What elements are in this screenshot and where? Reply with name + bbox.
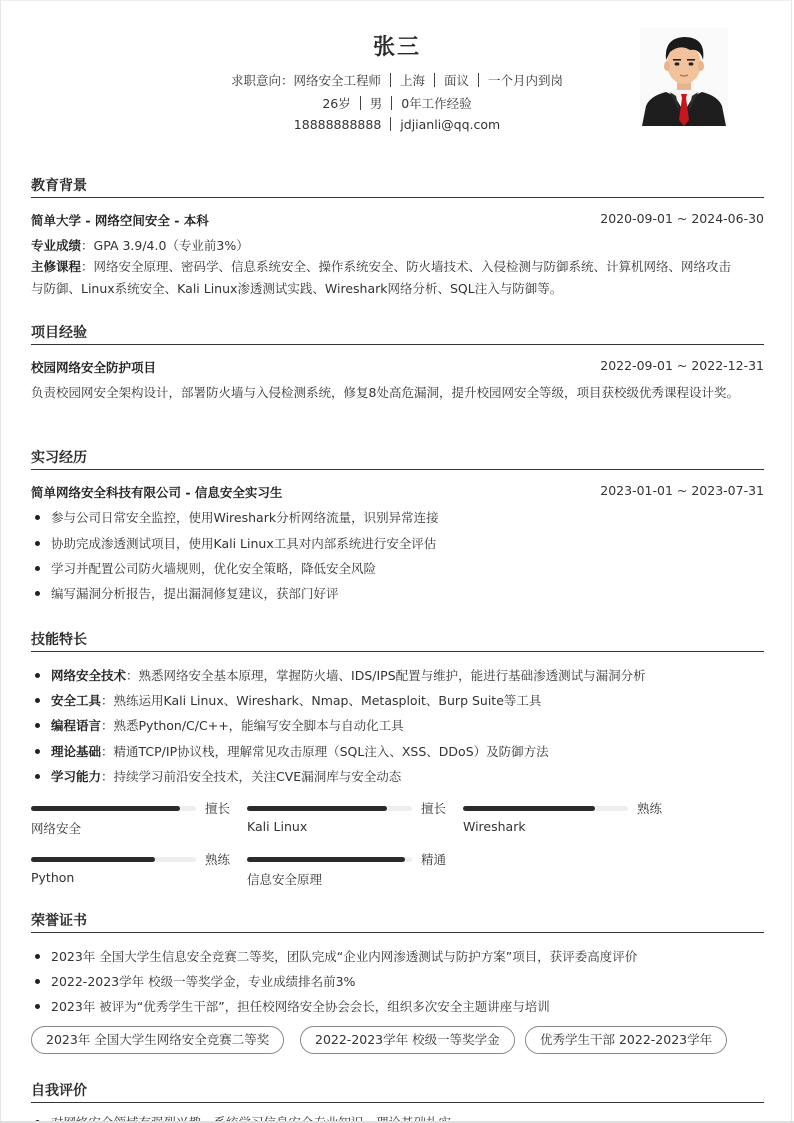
- internship-item: 编写漏洞分析报告，提出漏洞修复建议，获部门好评: [35, 584, 339, 602]
- skill-bar: 熟练 Wireshark: [463, 801, 663, 841]
- bullet-dot-icon: [35, 749, 40, 754]
- skill-item: 学习能力：持续学习前沿安全技术，关注CVE漏洞库与安全动态: [35, 767, 401, 785]
- skill-level: 熟练: [637, 799, 662, 817]
- divider: [478, 73, 479, 87]
- section-title-self-eval: 自我评价: [31, 1080, 87, 1100]
- skill-item: 安全工具：熟练运用Kali Linux、Wireshark、Nmap、Metas…: [35, 691, 541, 709]
- education-date: 2020-09-01 ~ 2024-06-30: [600, 211, 764, 226]
- skill-level: 擅长: [421, 799, 446, 817]
- bullet-dot-icon: [35, 566, 40, 571]
- section-title-internship: 实习经历: [31, 447, 87, 467]
- skill-name: Python: [31, 870, 74, 885]
- honor-tag: 2023年 全国大学生网络安全竞赛二等奖: [31, 1026, 284, 1054]
- skill-name: 网络安全: [31, 819, 81, 837]
- email: jdjianli@qq.com: [400, 117, 500, 132]
- bullet-dot-icon: [35, 979, 40, 984]
- gender: 男: [370, 96, 383, 111]
- bullet-dot-icon: [35, 954, 40, 959]
- skill-name: Kali Linux: [247, 819, 307, 834]
- section-title-honors: 荣誉证书: [31, 910, 87, 930]
- intent-label: 求职意向：: [231, 73, 294, 88]
- skill-name: Wireshark: [463, 819, 526, 834]
- courses-line2: 与防御、Linux系统安全、Kali Linux渗透测试实践、Wireshark…: [31, 281, 562, 296]
- bullet-dot-icon: [35, 515, 40, 520]
- section-title-projects: 项目经验: [31, 322, 87, 342]
- education-gpa: 专业成绩：GPA 3.9/4.0（专业前3%）: [31, 236, 764, 254]
- project-desc: 负责校园网安全架构设计，部署防火墙与入侵检测系统，修复8处高危漏洞，提升校园网安…: [31, 383, 764, 401]
- skill-item: 理论基础：精通TCP/IP协议栈，理解常见攻击原理（SQL注入、XSS、DDoS…: [35, 742, 549, 760]
- resume-header: 张三 求职意向：网络安全工程师上海面议一个月内到岗 26岁男0年工作经验 188…: [0, 0, 794, 150]
- skill-bar: 精通 信息安全原理: [247, 852, 447, 892]
- skill-bar-track: [247, 857, 412, 862]
- skill-bar-track: [31, 806, 196, 811]
- skill-name: 信息安全原理: [247, 870, 322, 888]
- section-rule: [31, 197, 764, 198]
- skill-item: 编程语言：熟悉Python/C/C++，能编写安全脚本与自动化工具: [35, 716, 404, 734]
- skill-bar: 擅长 Kali Linux: [247, 801, 447, 841]
- courses-label: 主修课程: [31, 259, 81, 274]
- experience: 0年工作经验: [401, 96, 471, 111]
- avatar: [640, 28, 728, 126]
- section-rule: [31, 932, 764, 933]
- divider: [390, 73, 391, 87]
- skill-bar-fill: [463, 806, 595, 811]
- bullet-dot-icon: [35, 723, 40, 728]
- internship-item: 参与公司日常安全监控，使用Wireshark分析网络流量，识别异常连接: [35, 508, 439, 526]
- honor-item: 2023年 全国大学生信息安全竞赛二等奖，团队完成“企业内网渗透测试与防护方案”…: [35, 947, 637, 965]
- section-rule: [31, 1102, 764, 1103]
- skill-bar-track: [247, 806, 412, 811]
- section-rule: [31, 651, 764, 652]
- courses-line1: ：网络安全原理、密码学、信息系统安全、操作系统安全、防火墙技术、入侵检测与防御系…: [81, 259, 731, 274]
- divider: [360, 96, 361, 110]
- skill-level: 精通: [421, 850, 446, 868]
- section-title-education: 教育背景: [31, 175, 87, 195]
- skill-bar: 熟练 Python: [31, 852, 231, 892]
- skill-bar-track: [31, 857, 196, 862]
- gpa-value: ：GPA 3.9/4.0（专业前3%）: [81, 238, 249, 253]
- project-date: 2022-09-01 ~ 2022-12-31: [600, 358, 764, 373]
- honor-item: 2022-2023学年 校级一等奖学金，专业成绩排名前3%: [35, 972, 355, 990]
- skill-bar: 擅长 网络安全: [31, 801, 231, 841]
- skill-bar-track: [463, 806, 628, 811]
- bullet-dot-icon: [35, 673, 40, 678]
- avatar-photo-icon: [640, 28, 728, 126]
- honor-item: 2023年 被评为“优秀学生干部”，担任校网络安全协会会长，组织多次安全主题讲座…: [35, 997, 550, 1015]
- intent-salary: 面议: [444, 73, 469, 88]
- section-title-skills: 技能特长: [31, 629, 87, 649]
- education-courses: 主修课程：网络安全原理、密码学、信息系统安全、操作系统安全、防火墙技术、入侵检测…: [31, 256, 764, 300]
- bullet-dot-icon: [35, 774, 40, 779]
- divider: [390, 117, 391, 131]
- internship-item: 协助完成渗透测试项目，使用Kali Linux工具对内部系统进行安全评估: [35, 534, 436, 552]
- gpa-label: 专业成绩: [31, 238, 81, 253]
- intent-position: 网络安全工程师: [293, 73, 381, 88]
- age: 26岁: [322, 96, 350, 111]
- intent-city: 上海: [400, 73, 425, 88]
- skill-bar-fill: [31, 806, 180, 811]
- bullet-dot-icon: [35, 1004, 40, 1009]
- skill-bar-fill: [247, 806, 387, 811]
- divider: [391, 96, 392, 110]
- bullet-dot-icon: [35, 591, 40, 596]
- divider: [434, 73, 435, 87]
- bullet-dot-icon: [35, 541, 40, 546]
- intent-availability: 一个月内到岗: [488, 73, 563, 88]
- skill-level: 擅长: [205, 799, 230, 817]
- skill-level: 熟练: [205, 850, 230, 868]
- skill-item: 网络安全技术：熟悉网络安全基本原理，掌握防火墙、IDS/IPS配置与维护，能进行…: [35, 666, 646, 684]
- internship-date: 2023-01-01 ~ 2023-07-31: [600, 483, 764, 498]
- skill-bar-fill: [31, 857, 155, 862]
- internship-item: 学习并配置公司防火墙规则，优化安全策略，降低安全风险: [35, 559, 376, 577]
- honor-tag: 优秀学生干部 2022-2023学年: [525, 1026, 727, 1054]
- honor-tag: 2022-2023学年 校级一等奖学金: [300, 1026, 515, 1054]
- bullet-dot-icon: [35, 698, 40, 703]
- phone: 18888888888: [294, 117, 381, 132]
- section-rule: [31, 344, 764, 345]
- skill-bar-fill: [247, 857, 405, 862]
- section-rule: [31, 469, 764, 470]
